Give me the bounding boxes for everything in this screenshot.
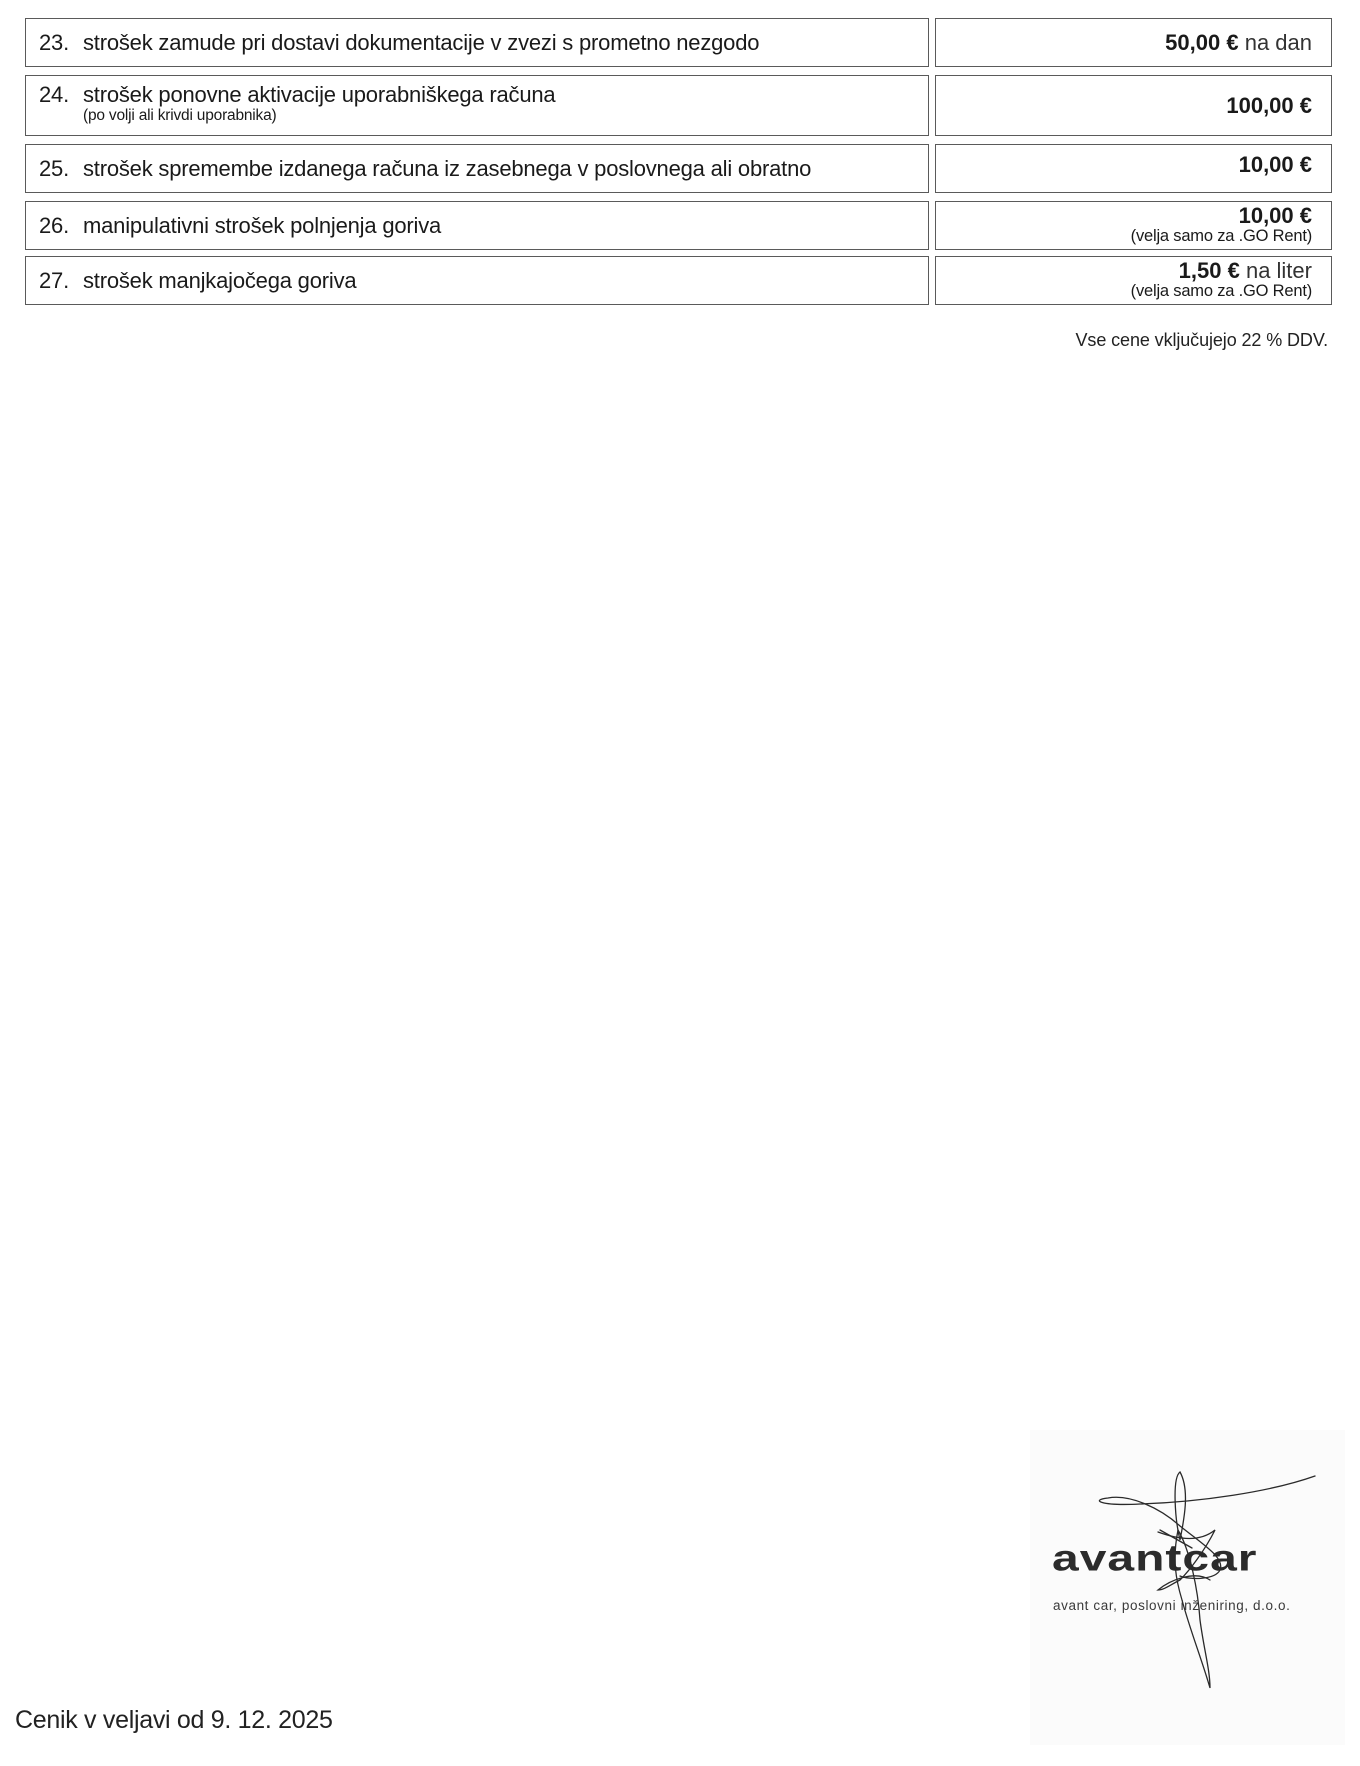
row-price-note: (velja samo za .GO Rent) bbox=[936, 228, 1312, 244]
row-price: 10,00 € bbox=[1239, 203, 1312, 228]
signature-icon bbox=[1030, 1430, 1345, 1745]
row-price-cell: 10,00 € bbox=[935, 144, 1332, 193]
row-price-cell: 1,50 € na liter (velja samo za .GO Rent) bbox=[935, 256, 1332, 305]
row-number: 25. bbox=[39, 156, 83, 182]
row-price-unit: na liter bbox=[1246, 258, 1312, 283]
company-stamp: avantcar avant car, poslovni inženiring,… bbox=[1030, 1430, 1345, 1745]
row-description: strošek manjkajočega goriva bbox=[83, 268, 356, 294]
row-description-cell: 23. strošek zamude pri dostavi dokumenta… bbox=[25, 18, 929, 67]
price-row: 24. strošek ponovne aktivacije uporabniš… bbox=[25, 75, 1332, 136]
row-number: 26. bbox=[39, 213, 83, 239]
row-price: 1,50 € bbox=[1179, 258, 1240, 283]
row-price-note: (velja samo za .GO Rent) bbox=[936, 283, 1312, 299]
price-row: 23. strošek zamude pri dostavi dokumenta… bbox=[25, 18, 1332, 67]
row-description: strošek ponovne aktivacije uporabniškega… bbox=[83, 82, 555, 108]
row-price: 50,00 € bbox=[1165, 30, 1238, 55]
row-number: 27. bbox=[39, 268, 83, 294]
row-description-cell: 24. strošek ponovne aktivacije uporabniš… bbox=[25, 75, 929, 136]
price-row: 27. strošek manjkajočega goriva 1,50 € n… bbox=[25, 256, 1332, 305]
row-description-note: (po volji ali krivdi uporabnika) bbox=[39, 108, 928, 124]
row-description: manipulativni strošek polnjenja goriva bbox=[83, 213, 441, 239]
row-price: 10,00 € bbox=[1239, 152, 1312, 177]
row-number: 23. bbox=[39, 30, 83, 56]
vat-note: Vse cene vključujejo 22 % DDV. bbox=[1076, 330, 1328, 351]
row-description: strošek zamude pri dostavi dokumentacije… bbox=[83, 30, 759, 56]
price-row: 26. manipulativni strošek polnjenja gori… bbox=[25, 201, 1332, 250]
row-price-cell: 100,00 € bbox=[935, 75, 1332, 136]
row-description-cell: 26. manipulativni strošek polnjenja gori… bbox=[25, 201, 929, 250]
row-description-cell: 27. strošek manjkajočega goriva bbox=[25, 256, 929, 305]
price-row: 25. strošek spremembe izdanega računa iz… bbox=[25, 144, 1332, 193]
price-list-validity: Cenik v veljavi od 9. 12. 2025 bbox=[15, 1706, 333, 1735]
row-description-cell: 25. strošek spremembe izdanega računa iz… bbox=[25, 144, 929, 193]
row-description: strošek spremembe izdanega računa iz zas… bbox=[83, 156, 811, 182]
row-price-unit: na dan bbox=[1245, 30, 1312, 55]
row-price-cell: 50,00 € na dan bbox=[935, 18, 1332, 67]
row-price: 100,00 € bbox=[1226, 93, 1312, 118]
row-number: 24. bbox=[39, 82, 83, 108]
row-price-cell: 10,00 € (velja samo za .GO Rent) bbox=[935, 201, 1332, 250]
